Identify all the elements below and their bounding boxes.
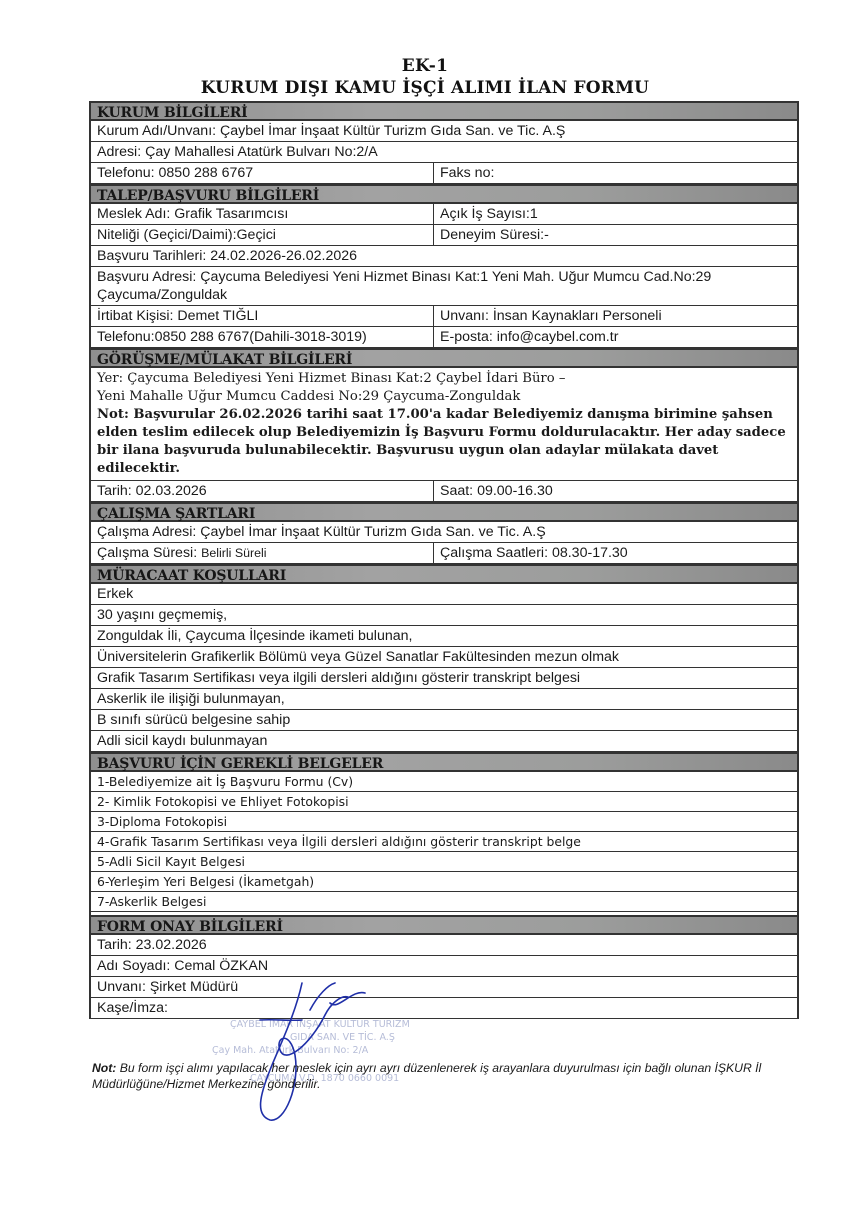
required-document-row: 3-Diploma Fotokopisi <box>91 812 797 832</box>
required-document-item: 6-Yerleşim Yeri Belgesi (İkametgah) <box>91 872 797 891</box>
row-occupation: Meslek Adı: Grafik Tasarımcısı Açık İş S… <box>91 204 797 225</box>
requirement-item: Adli sicil kaydı bulunmayan <box>91 731 797 751</box>
section-header-kurum: KURUM BİLGİLERİ <box>91 101 797 121</box>
section-header-calisma: ÇALIŞMA ŞARTLARI <box>91 502 797 522</box>
row-contact: İrtibat Kişisi: Demet TIĞLI Unvanı: İnsa… <box>91 306 797 327</box>
required-document-item: 5-Adli Sicil Kayıt Belgesi <box>91 852 797 871</box>
required-document-row: 6-Yerleşim Yeri Belgesi (İkametgah) <box>91 872 797 892</box>
interview-place-line2: Yeni Mahalle Uğur Mumcu Caddesi No:29 Ça… <box>97 388 791 406</box>
requirement-row: Zonguldak İli, Çaycuma İlçesinde ikameti… <box>91 626 797 647</box>
requirement-row: Erkek <box>91 584 797 605</box>
contact-person: İrtibat Kişisi: Demet TIĞLI <box>91 306 434 326</box>
section-header-onay: FORM ONAY BİLGİLERİ <box>91 915 797 935</box>
contact-email[interactable]: E-posta: info@caybel.com.tr <box>434 327 797 347</box>
work-duration-label: Çalışma Süresi: <box>97 545 201 561</box>
section-title: BAŞVURU İÇİN GEREKLİ BELGELER <box>91 754 389 770</box>
requirement-item: 30 yaşını geçmemiş, <box>91 605 797 625</box>
contact-title: Unvanı: İnsan Kaynakları Personeli <box>434 306 797 326</box>
form-title: KURUM DIŞI KAMU İŞÇİ ALIMI İLAN FORMU <box>0 78 850 98</box>
row-nature: Niteliği (Geçici/Daimi):Geçici Deneyim S… <box>91 225 797 246</box>
annex-label: EK-1 <box>0 56 850 76</box>
section-title: FORM ONAY BİLGİLERİ <box>91 917 289 933</box>
footer-note-label: Not: <box>92 1061 116 1075</box>
requirement-item: Üniversitelerin Grafikerlik Bölümü veya … <box>91 647 797 667</box>
application-address-line2: Çaycuma/Zonguldak <box>97 286 791 304</box>
institution-phone: Telefonu: 0850 288 6767 <box>91 163 434 183</box>
requirement-item: B sınıfı sürücü belgesine sahip <box>91 710 797 730</box>
interview-date: Tarih: 02.03.2026 <box>91 481 434 501</box>
interview-note: Not: Başvurular 26.02.2026 tarihi saat 1… <box>97 406 791 478</box>
job-nature: Niteliği (Geçici/Daimi):Geçici <box>91 225 434 245</box>
row-institution-address: Adresi: Çay Mahallesi Atatürk Bulvarı No… <box>91 142 797 163</box>
required-document-item: 4-Grafik Tasarım Sertifikası veya İlgili… <box>91 832 797 851</box>
approver-name: Adı Soyadı: Cemal ÖZKAN <box>91 956 797 976</box>
required-document-item: 7-Askerlik Belgesi <box>91 892 797 911</box>
institution-name: Kurum Adı/Unvanı: Çaybel İmar İnşaat Kül… <box>91 121 797 141</box>
required-document-row: 2- Kimlik Fotokopisi ve Ehliyet Fotokopi… <box>91 792 797 812</box>
interview-place-line1: Yer: Çaycuma Belediyesi Yeni Hizmet Bina… <box>97 370 791 388</box>
application-dates: Başvuru Tarihleri: 24.02.2026-26.02.2026 <box>91 246 797 266</box>
required-document-item: 3-Diploma Fotokopisi <box>91 812 797 831</box>
section-title: MÜRACAAT KOŞULLARI <box>91 566 292 582</box>
row-contact-phone: Telefonu:0850 288 6767(Dahili-3018-3019)… <box>91 327 797 348</box>
requirement-item: Askerlik ile ilişiği bulunmayan, <box>91 689 797 709</box>
section-title: ÇALIŞMA ŞARTLARI <box>91 504 261 520</box>
institution-address: Adresi: Çay Mahallesi Atatürk Bulvarı No… <box>91 142 797 162</box>
application-address: Başvuru Adresi: Çaycuma Belediyesi Yeni … <box>91 267 797 305</box>
row-approval-date: Tarih: 23.02.2026 <box>91 935 797 956</box>
documents-list: 1-Belediyemize ait İş Başvuru Formu (Cv)… <box>91 772 797 912</box>
row-institution-name: Kurum Adı/Unvanı: Çaybel İmar İnşaat Kül… <box>91 121 797 142</box>
interview-details: Yer: Çaycuma Belediyesi Yeni Hizmet Bina… <box>91 368 797 480</box>
section-header-talep: TALEP/BAŞVURU BİLGİLERİ <box>91 184 797 204</box>
approver-title: Unvanı: Şirket Müdürü <box>91 977 797 997</box>
requirement-row: 30 yaşını geçmemiş, <box>91 605 797 626</box>
requirement-row: Adli sicil kaydı bulunmayan <box>91 731 797 752</box>
section-title: TALEP/BAŞVURU BİLGİLERİ <box>91 186 325 202</box>
work-duration-value: Belirli Süreli <box>201 546 266 560</box>
contact-phone: Telefonu:0850 288 6767(Dahili-3018-3019) <box>91 327 434 347</box>
section-header-gorusme: GÖRÜŞME/MÜLAKAT BİLGİLERİ <box>91 348 797 368</box>
requirement-row: Askerlik ile ilişiği bulunmayan, <box>91 689 797 710</box>
required-document-row: 7-Askerlik Belgesi <box>91 892 797 912</box>
requirement-row: Grafik Tasarım Sertifikası veya ilgili d… <box>91 668 797 689</box>
requirement-item: Erkek <box>91 584 797 604</box>
occupation: Meslek Adı: Grafik Tasarımcısı <box>91 204 434 224</box>
footer-note: Not: Bu form işçi alımı yapılacak her me… <box>92 1060 782 1092</box>
section-header-muracaat: MÜRACAAT KOŞULLARI <box>91 564 797 584</box>
row-work-duration: Çalışma Süresi: Belirli Süreli Çalışma S… <box>91 543 797 564</box>
required-document-row: 4-Grafik Tasarım Sertifikası veya İlgili… <box>91 832 797 852</box>
row-approver-title: Unvanı: Şirket Müdürü <box>91 977 797 998</box>
row-interview-datetime: Tarih: 02.03.2026 Saat: 09.00-16.30 <box>91 481 797 502</box>
work-hours: Çalışma Saatleri: 08.30-17.30 <box>434 543 797 563</box>
institution-fax: Faks no: <box>434 163 797 183</box>
row-approver-name: Adı Soyadı: Cemal ÖZKAN <box>91 956 797 977</box>
row-work-address: Çalışma Adresi: Çaybel İmar İnşaat Kültü… <box>91 522 797 543</box>
required-document-item: 2- Kimlik Fotokopisi ve Ehliyet Fotokopi… <box>91 792 797 811</box>
requirement-row: Üniversitelerin Grafikerlik Bölümü veya … <box>91 647 797 668</box>
required-document-row: 1-Belediyemize ait İş Başvuru Formu (Cv) <box>91 772 797 792</box>
requirement-row: B sınıfı sürücü belgesine sahip <box>91 710 797 731</box>
work-duration: Çalışma Süresi: Belirli Süreli <box>91 543 434 563</box>
section-title: GÖRÜŞME/MÜLAKAT BİLGİLERİ <box>91 350 358 366</box>
interview-time: Saat: 09.00-16.30 <box>434 481 797 501</box>
requirement-item: Zonguldak İli, Çaycuma İlçesinde ikameti… <box>91 626 797 646</box>
signature-icon <box>240 975 380 1125</box>
row-phone-fax: Telefonu: 0850 288 6767 Faks no: <box>91 163 797 184</box>
announcement-form: KURUM BİLGİLERİ Kurum Adı/Unvanı: Çaybel… <box>89 101 799 1019</box>
requirement-item: Grafik Tasarım Sertifikası veya ilgili d… <box>91 668 797 688</box>
row-interview-details: Yer: Çaycuma Belediyesi Yeni Hizmet Bina… <box>91 368 797 481</box>
required-document-row: 5-Adli Sicil Kayıt Belgesi <box>91 852 797 872</box>
required-document-item: 1-Belediyemize ait İş Başvuru Formu (Cv) <box>91 772 797 791</box>
section-title: KURUM BİLGİLERİ <box>91 103 254 119</box>
work-address: Çalışma Adresi: Çaybel İmar İnşaat Kültü… <box>91 522 797 542</box>
section-header-belgeler: BAŞVURU İÇİN GEREKLİ BELGELER <box>91 752 797 772</box>
approval-date: Tarih: 23.02.2026 <box>91 935 797 955</box>
requirements-list: Erkek30 yaşını geçmemiş,Zonguldak İli, Ç… <box>91 584 797 752</box>
row-application-dates: Başvuru Tarihleri: 24.02.2026-26.02.2026 <box>91 246 797 267</box>
application-address-line1: Başvuru Adresi: Çaycuma Belediyesi Yeni … <box>97 268 791 286</box>
footer-note-text: Bu form işçi alımı yapılacak her meslek … <box>92 1061 761 1091</box>
row-application-address: Başvuru Adresi: Çaycuma Belediyesi Yeni … <box>91 267 797 306</box>
open-positions: Açık İş Sayısı:1 <box>434 204 797 224</box>
experience: Deneyim Süresi:- <box>434 225 797 245</box>
